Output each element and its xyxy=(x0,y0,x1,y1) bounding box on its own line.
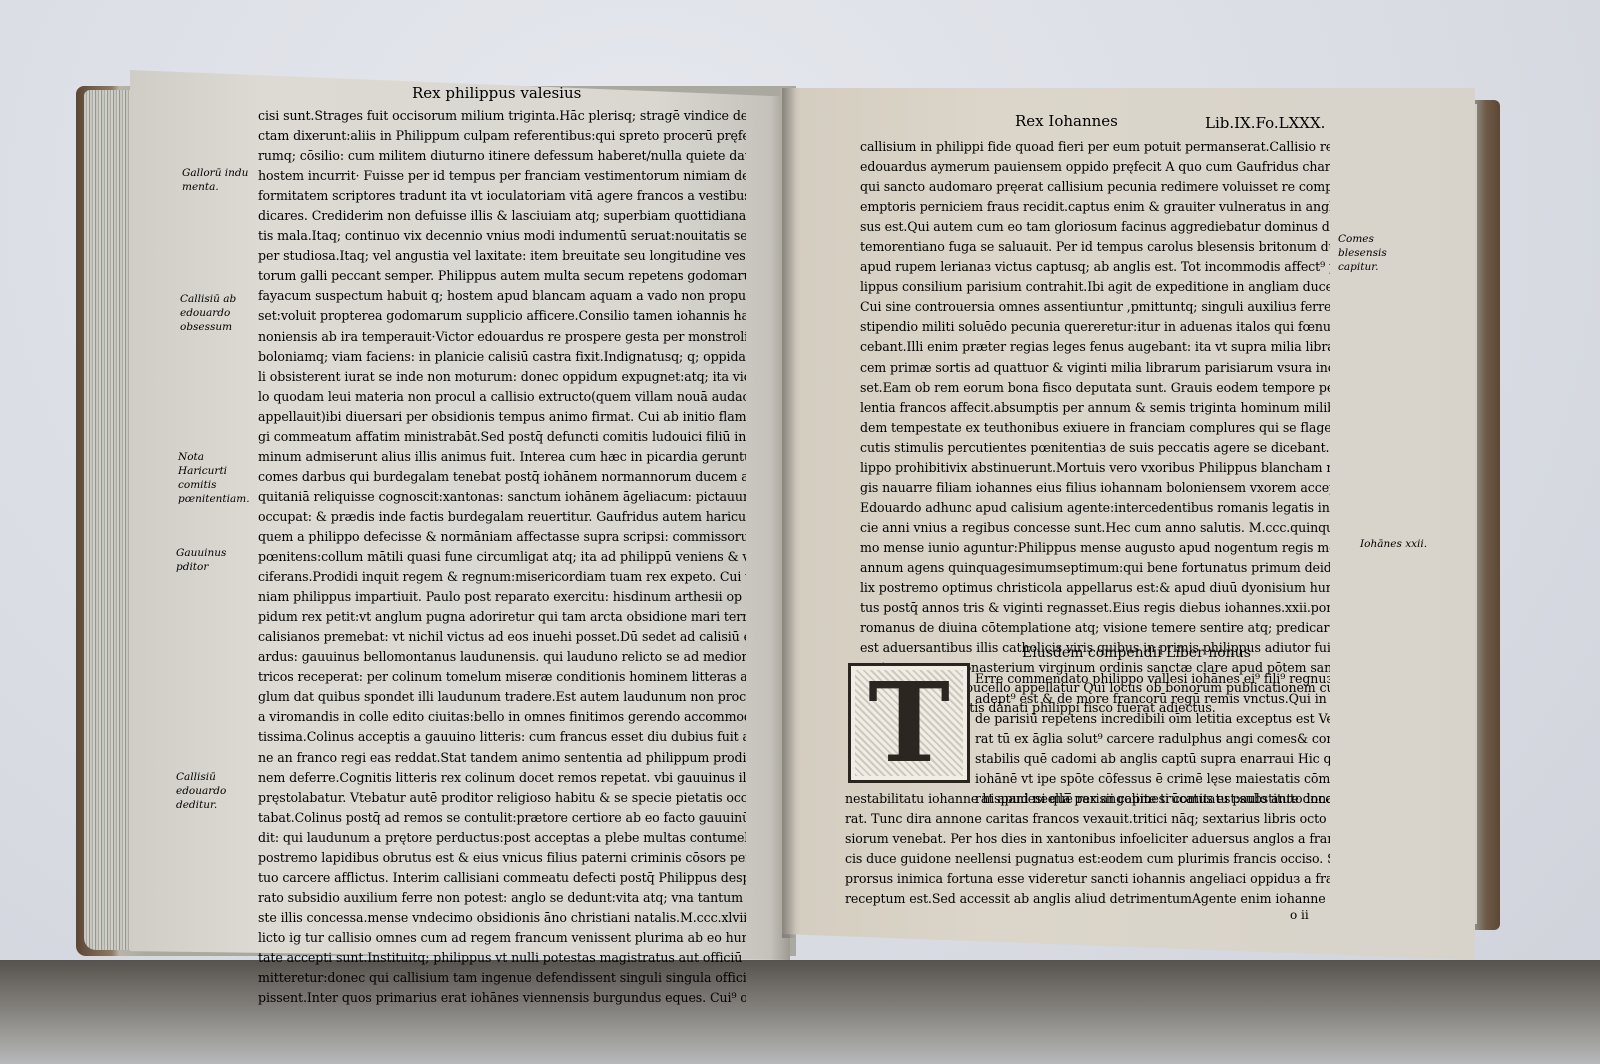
text-line: Cui sine controuersia omnes assentiuntur… xyxy=(860,297,1330,317)
text-line: postremo lapidibus obrutus est & eius vn… xyxy=(258,848,746,868)
text-line: pissent.Inter quos primarius erat iohāne… xyxy=(258,988,746,1008)
text-line: cie anni vnius a regibus concesse sunt.H… xyxy=(860,518,1330,538)
text-line: adept⁹ est & de more francorū regū remis… xyxy=(975,689,1330,709)
text-line: receptum est.Sed accessit ab anglis aliu… xyxy=(845,889,1330,909)
text-line: noniensis ab ira temperauit·Victor edoua… xyxy=(258,327,746,347)
text-line: lix postremo optimus christicola appella… xyxy=(860,578,1330,598)
margin-note: Gallorū indu menta. xyxy=(182,166,254,194)
text-line: ste illis concessa.mense vndecimo obsidi… xyxy=(258,908,746,928)
text-line: tabat.Colinus postq̄ ad remos se contuli… xyxy=(258,808,746,828)
text-line: nem deferre.Cognitis litteris rex colinu… xyxy=(258,768,746,788)
text-line: pręstolabatur. Vtebatur autē proditor re… xyxy=(258,788,746,808)
text-line: set:voluit propterea godomarum supplicio… xyxy=(258,306,746,326)
text-line: tate accepti sunt.Instituitq; philippus … xyxy=(258,948,746,968)
text-line: calisianos premebat: vt nichil victus ad… xyxy=(258,627,746,647)
text-line: rat. Tunc dira annone caritas francos ve… xyxy=(845,809,1330,829)
left-page-text: cisi sunt.Strages fuit occisorum milium … xyxy=(258,106,746,1008)
text-line: set.Eam ob rem eorum bona fisco deputata… xyxy=(860,378,1330,398)
text-line: gis nauarre filiam iohannes eius filius … xyxy=(860,478,1330,498)
text-line: callisium in philippi fide quoad fieri p… xyxy=(860,137,1330,157)
woodcut-initial: T xyxy=(848,663,970,783)
text-line: dem tempestate ex teuthonibus exiuere in… xyxy=(860,418,1330,438)
text-line: qui sancto audomaro pręerat callisium pe… xyxy=(860,177,1330,197)
text-line: siorum venebat. Per hos dies in xantonib… xyxy=(845,829,1330,849)
left-running-head: Rex philippus valesius xyxy=(412,84,581,102)
text-line: lippo prohibitivix abstinuerunt.Mortuis … xyxy=(860,458,1330,478)
text-line: prorsus inimica fortuna esse videretur s… xyxy=(845,869,1330,889)
text-line: ardus: gauuinus bellomontanus laudunensi… xyxy=(258,647,746,667)
text-line: stabilis quē cadomi ab anglis captū supr… xyxy=(975,749,1330,769)
text-line: mitteretur:donec qui callisium tam ingen… xyxy=(258,968,746,988)
text-line: niam philippus impartiuit. Paulo post re… xyxy=(258,587,746,607)
text-line: minum admiserunt alius illis animus fuit… xyxy=(258,447,746,467)
text-line: tis mala.Itaq; continuo vix decennio vni… xyxy=(258,226,746,246)
margin-note: Iohānes xxii. xyxy=(1360,537,1440,551)
text-line: sus est.Qui autem cum eo tam gloriosum f… xyxy=(860,217,1330,237)
text-line: stipendio militi soluēdo pecunia querere… xyxy=(860,317,1330,337)
text-line: apud rupem lerianaз victus captusq; ab a… xyxy=(860,257,1330,277)
text-line: de parisiū repetens incredibili oīm leti… xyxy=(975,709,1330,729)
margin-note: Callisiū ab edouardo obsessum xyxy=(180,292,252,334)
text-line: torum galli peccant semper. Philippus au… xyxy=(258,266,746,286)
margin-note: Callisiū edouardo deditur. xyxy=(176,770,254,812)
text-line: li obsisterent iurat se inde non moturum… xyxy=(258,367,746,387)
margin-note: Comes blesensis capitur. xyxy=(1338,232,1408,274)
margin-note: Nota Haricurti comitis pœnitentiam. xyxy=(178,450,254,506)
text-line: pœnitens:collum mātili quasi fune circum… xyxy=(258,547,746,567)
text-line: quitaniā reliquisse cognoscit:xantonas: … xyxy=(258,487,746,507)
text-line: fayacum suspectum habuit q; hostem apud … xyxy=(258,286,746,306)
text-line: formitatem scriptores tradunt ita vt ioc… xyxy=(258,186,746,206)
signature-mark: o ii xyxy=(1290,908,1309,922)
woodcut-initial-letter: T xyxy=(868,668,950,778)
text-line: tissima.Colinus acceptis a gauuino litte… xyxy=(258,727,746,747)
text-line: cisi sunt.Strages fuit occisorum milium … xyxy=(258,106,746,126)
text-line: iohānē vt ipe spōte cōfessus ē crimē lęs… xyxy=(975,769,1330,789)
text-line: rato subsidio auxilium ferre non potest:… xyxy=(258,888,746,908)
text-line: licto ig tur callisio omnes cum ad regem… xyxy=(258,928,746,948)
text-line: edouardus aymerum pauiensem oppido pręfe… xyxy=(860,157,1330,177)
text-line: annum agens quinquagesimumseptimum:qui b… xyxy=(860,558,1330,578)
text-line: comes darbus qui burdegalam tenebat post… xyxy=(258,467,746,487)
text-line: a viromandis in colle edito ciuitas:bell… xyxy=(258,707,746,727)
section-title: Eiusdem compendii Liber nonus xyxy=(1022,645,1251,661)
text-line: lo quodam leui materia non procul a call… xyxy=(258,387,746,407)
text-line: cebant.Illi enim præter regias leges fen… xyxy=(860,337,1330,357)
text-line: tricos receperat: per colinum tomelum mi… xyxy=(258,667,746,687)
text-line: lentia francos affecit.absumptis per ann… xyxy=(860,398,1330,418)
text-line: cis duce guidone neellensi pugnatuз est:… xyxy=(845,849,1330,869)
text-line: ctam dixerunt:aliis in Philippum culpam … xyxy=(258,126,746,146)
text-line: rumq; cōsilio: cum militem diuturno itin… xyxy=(258,146,746,166)
text-line: gi commeatum affatim ministrabāt.Sed pos… xyxy=(258,427,746,447)
right-running-head: Rex Iohannes xyxy=(1015,112,1118,130)
folio-label: Lib.IX.Fo.LXXX. xyxy=(1205,114,1325,132)
text-line: lippus consilium parisium contrahit.Ibi … xyxy=(860,277,1330,297)
text-line: Edouardo adhunc apud calisium agente:int… xyxy=(860,498,1330,518)
text-line: glum dat quibus spondet illi laudunum tr… xyxy=(258,687,746,707)
text-line: quem a philippo defecisse & normāniam af… xyxy=(258,527,746,547)
text-line: appellauit)ibi diuersari per obsidionis … xyxy=(258,407,746,427)
text-line: boloniamq; viam faciens: in planicie cal… xyxy=(258,347,746,367)
text-line: occupat: & prædis inde factis burdegalam… xyxy=(258,507,746,527)
text-line: tuo carcere afflictus. Interim callisian… xyxy=(258,868,746,888)
text-line: romanus de diuina cōtemplatione atq; vis… xyxy=(860,618,1330,638)
text-line: per studiosa.Itaq; vel angustia vel laxi… xyxy=(258,246,746,266)
text-line: hostem incurrit· Fuisse per id tempus pe… xyxy=(258,166,746,186)
text-line: Erre commendato philippo vallesi iohānes… xyxy=(975,669,1330,689)
text-line: temorentiano fuga se saluauit. Per id te… xyxy=(860,237,1330,257)
margin-note: Gauuinus pditor xyxy=(176,546,248,574)
text-line: dicares. Crediderim non defuisse illis &… xyxy=(258,206,746,226)
table-shadow xyxy=(0,960,1600,1064)
text-line: emptoris perniciem fraus recidit.captus … xyxy=(860,197,1330,217)
right-page-text: callisium in philippi fide quoad fieri p… xyxy=(860,137,1330,718)
text-line: dit: qui laudunum a prętore perductus:po… xyxy=(258,828,746,848)
text-line: tus postq̄ annos tris & viginti regnasse… xyxy=(860,598,1330,618)
book-continuation-text: nestabilitatu iohanne hispaniesi quē rex… xyxy=(845,789,1330,909)
book-gutter xyxy=(782,88,796,938)
text-line: cem primæ sortis ad quattuor & viginti m… xyxy=(860,358,1330,378)
text-line: ciferans.Prodidi inquit regem & regnum:m… xyxy=(258,567,746,587)
text-line: cutis stimulis percutientes pœnitentiaз … xyxy=(860,438,1330,458)
text-line: nestabilitatu iohanne hispaniesi quē rex… xyxy=(845,789,1330,809)
text-line: mo mense iunio aguntur:Philippus mense a… xyxy=(860,538,1330,558)
text-line: ne an franco regi eas reddat.Stat tandem… xyxy=(258,748,746,768)
text-line: rat tū ex āglia solut⁹ carcere radulphus… xyxy=(975,729,1330,749)
text-line: pidum rex petit:vt anglum pugna adoriret… xyxy=(258,607,746,627)
